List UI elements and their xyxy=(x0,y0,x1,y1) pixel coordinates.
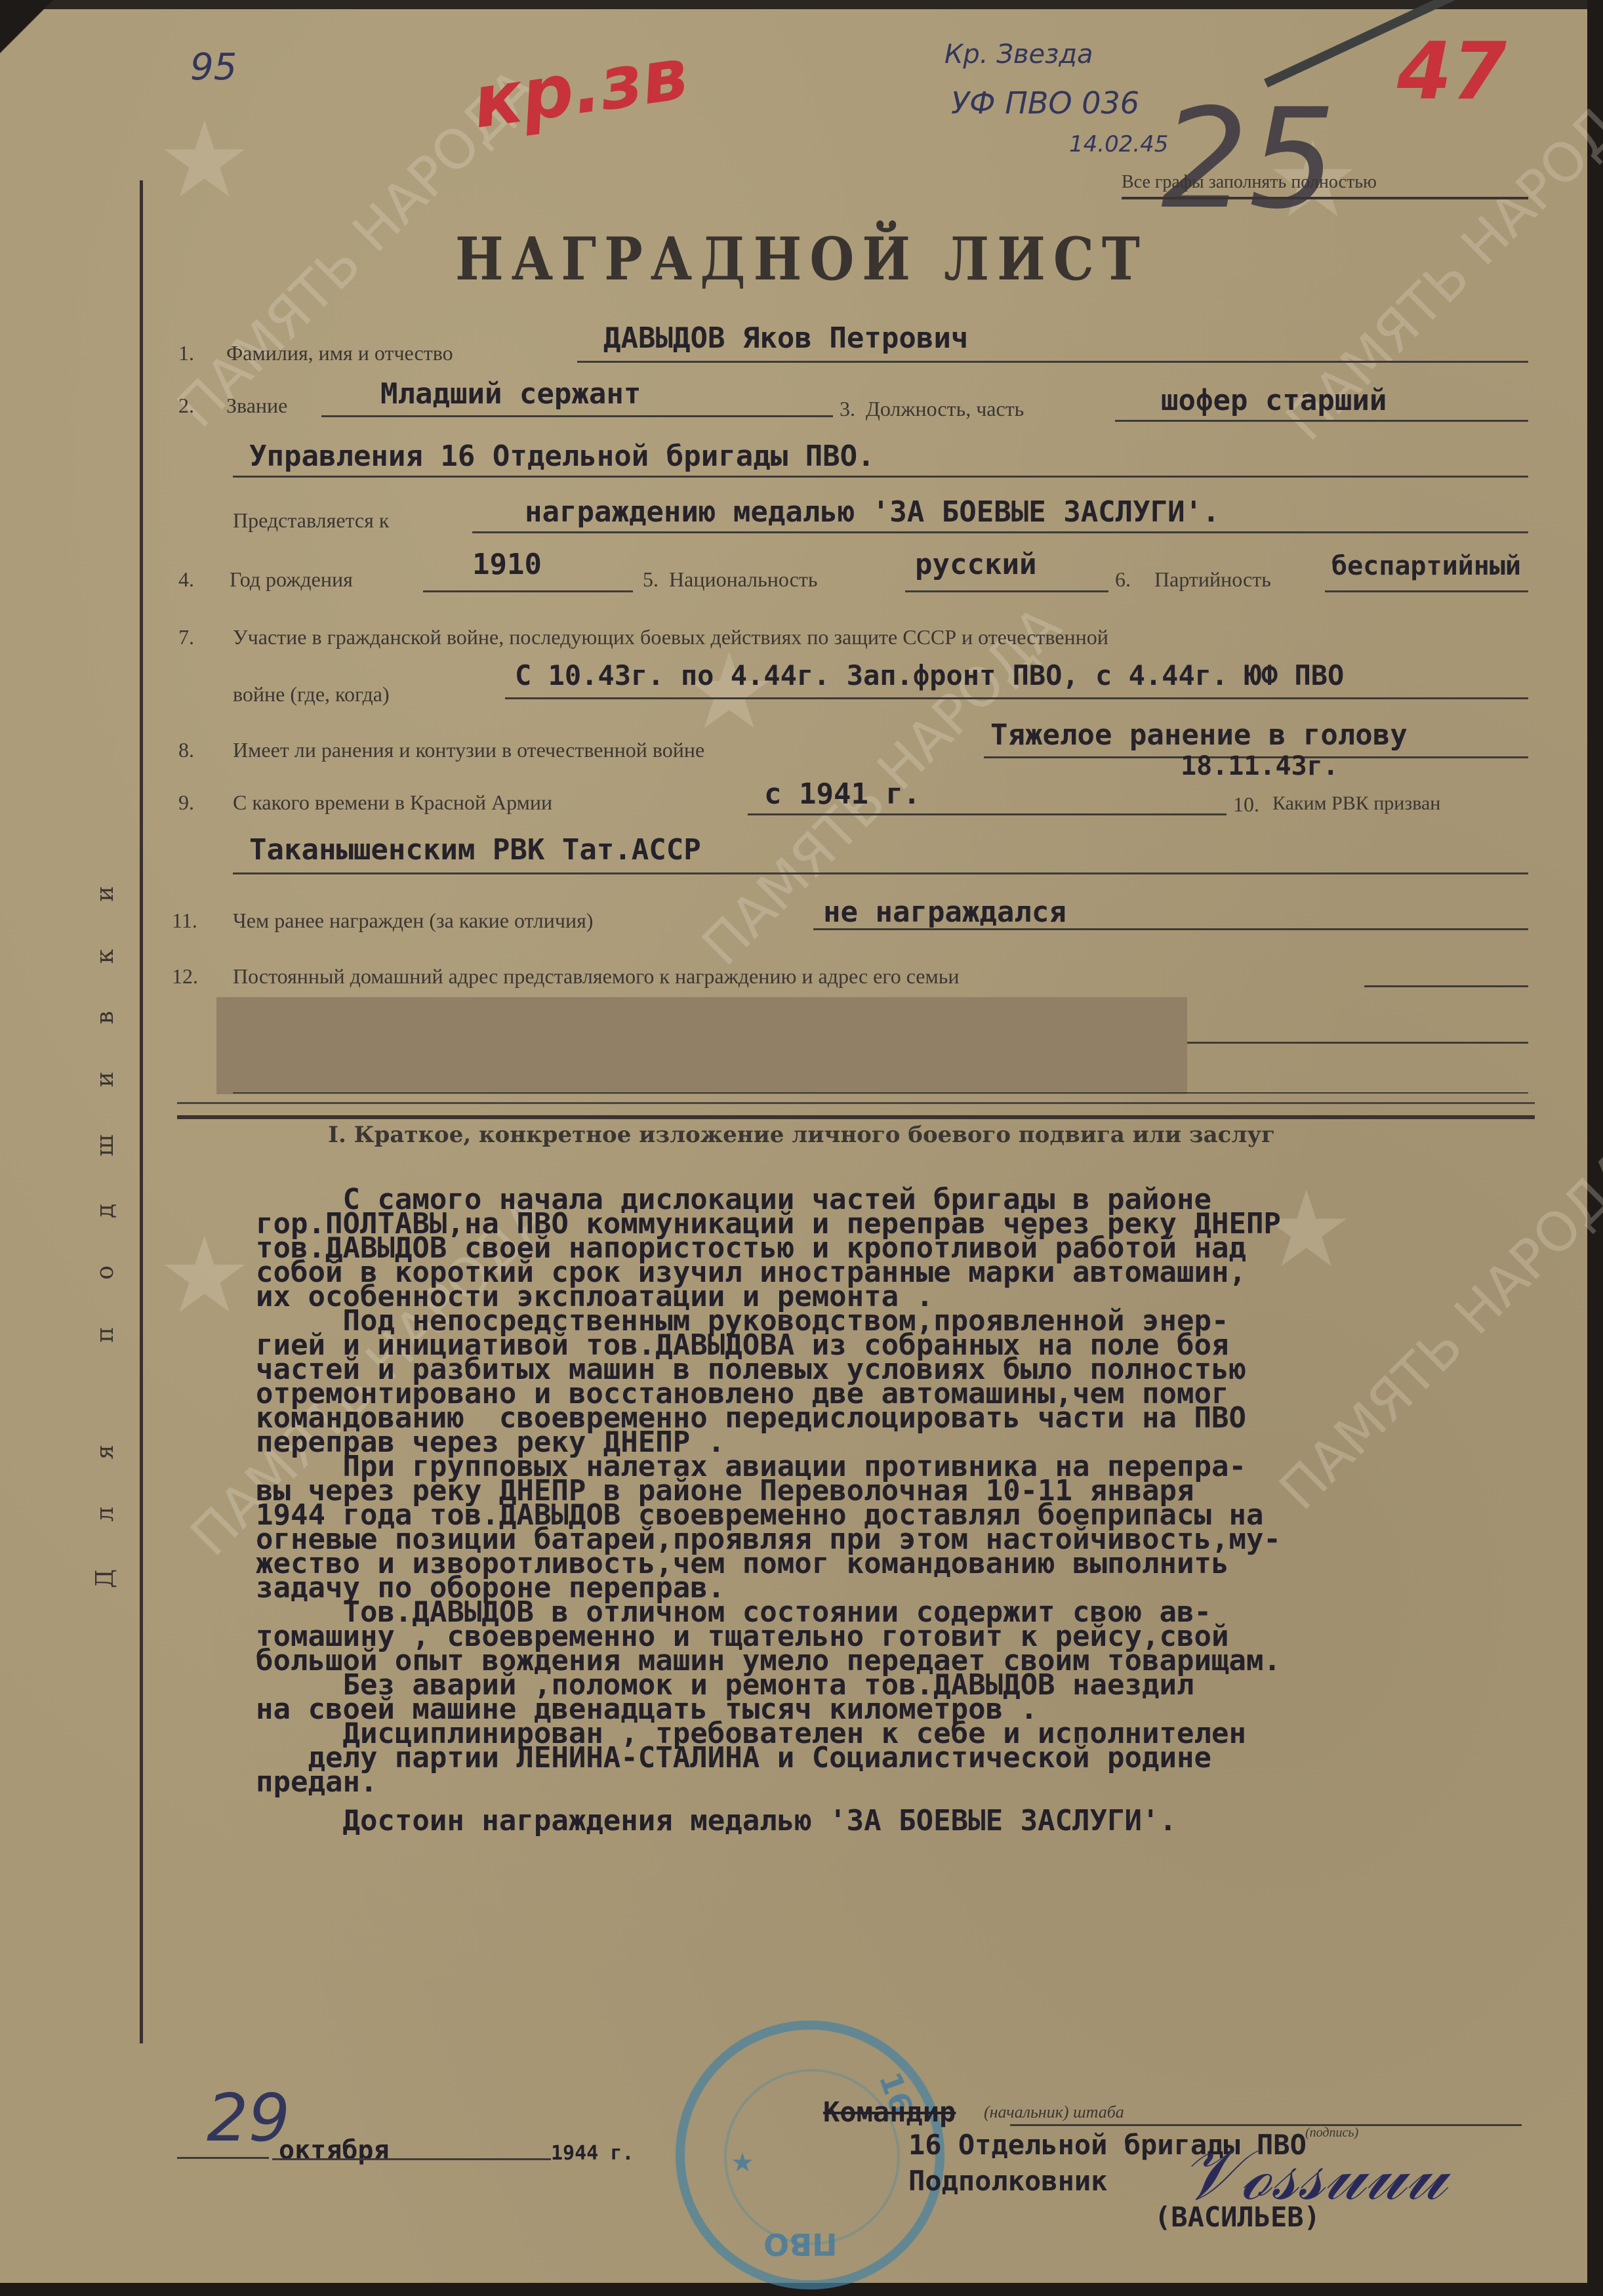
field-value: беспартийный xyxy=(1331,551,1521,581)
handwritten-signature: 𝒱ℴ𝓈𝓈𝓊𝓊𝓊 xyxy=(1181,2132,1446,2217)
redacted-address-block xyxy=(216,997,1187,1094)
underline xyxy=(272,2158,551,2160)
underline xyxy=(1010,2124,1522,2126)
field-label: войне (где, когда) xyxy=(233,682,390,707)
underline xyxy=(177,2157,269,2159)
page-number: 95 xyxy=(190,46,237,89)
document-title: НАГРАДНОЙ ЛИСТ xyxy=(0,225,1603,294)
field-number: 6. xyxy=(1115,567,1131,592)
underline xyxy=(1115,420,1528,422)
field-label: Каким РВК призван xyxy=(1272,792,1440,815)
official-stamp: 16 ПВО ★ xyxy=(676,2020,944,2289)
field-value: Младший сержант xyxy=(380,377,641,411)
underline xyxy=(577,361,1528,363)
field-label: С какого времени в Красной Армии xyxy=(233,790,552,815)
red-pencil-number: 47 xyxy=(1397,26,1507,117)
field-label: Представляется к xyxy=(233,508,389,533)
underline xyxy=(813,928,1528,930)
field-label: Чем ранее награжден (за какие отличия) xyxy=(233,909,593,933)
field-label: Постоянный домашний адрес представляемог… xyxy=(233,964,959,989)
underline xyxy=(1325,590,1528,592)
field-number: 5. xyxy=(643,567,659,592)
field-value: не награждался xyxy=(823,895,1066,929)
archive-note-date: 14.02.45 xyxy=(1069,131,1168,157)
date-year: 1944 г. xyxy=(551,2142,634,2165)
watermark-star-icon: ★ xyxy=(157,1214,251,1336)
underline xyxy=(1364,985,1528,987)
field-value: ДАВЫДОВ Яков Петрович xyxy=(603,321,968,355)
field-number: 2. xyxy=(178,394,194,418)
field-label: Национальность xyxy=(669,567,817,592)
field-number: 10. xyxy=(1233,792,1259,817)
underline xyxy=(905,590,1108,592)
field-value: 18.11.43г. xyxy=(1181,751,1339,781)
field-value: с 1941 г. xyxy=(764,777,920,811)
stamp-text: ПВО xyxy=(763,2226,838,2262)
field-value: награждению медалью 'ЗА БОЕВЫЕ ЗАСЛУГИ'. xyxy=(525,495,1220,529)
narrative-line: делу партии ЛЕНИНА-СТАЛИНА и Социалистич… xyxy=(256,1746,1554,1770)
underline xyxy=(505,697,1528,699)
field-label: Должность, часть xyxy=(866,397,1024,421)
merit-description: С самого начала дислокации частей бригад… xyxy=(256,1187,1554,1833)
divider xyxy=(1122,197,1528,199)
field-label: Год рождения xyxy=(230,567,353,592)
underline xyxy=(233,872,1528,874)
struck-title: Командир xyxy=(823,2096,956,2128)
field-number: 1. xyxy=(178,341,194,365)
binding-margin-line xyxy=(140,180,143,2043)
fill-instruction: Все графы заполнять полностью xyxy=(1122,172,1377,193)
field-value: 1910 xyxy=(472,548,542,581)
underline xyxy=(233,1092,1528,1094)
field-value: шофер старший xyxy=(1161,384,1387,417)
star-icon: ★ xyxy=(731,2148,754,2178)
underline xyxy=(233,476,1528,478)
field-label: Звание xyxy=(226,394,287,418)
date-month: октября xyxy=(279,2135,390,2165)
underline xyxy=(423,590,633,592)
watermark-star-icon: ★ xyxy=(157,98,251,221)
field-label: Партийность xyxy=(1154,567,1271,592)
large-ink-number: 25 xyxy=(1161,79,1336,239)
field-number: 9. xyxy=(178,790,194,815)
field-value-continued: Управления 16 Отдельной бригады ПВО. xyxy=(249,440,875,473)
field-number: 4. xyxy=(178,567,194,592)
field-number: 8. xyxy=(178,738,194,762)
signatory-rank: Подполковник xyxy=(908,2165,1107,2197)
torn-corner xyxy=(0,0,59,72)
date-day: 29 xyxy=(207,2080,290,2156)
field-label: Участие в гражданской войне, последующих… xyxy=(233,625,1108,649)
archive-note-line2: УФ ПВО 036 xyxy=(951,85,1139,121)
binding-margin-label: Для подшивки xyxy=(92,656,131,1771)
archive-note-line1: Кр. Звезда xyxy=(944,39,1093,70)
divider xyxy=(177,1102,1535,1104)
underline xyxy=(321,415,833,417)
field-value: Таканышенским РВК Тат.АССР xyxy=(249,833,701,867)
narrative-line: Достоин награждения медалью 'ЗА БОЕВЫЕ З… xyxy=(256,1809,1554,1833)
underline xyxy=(748,813,1227,815)
field-value: русский xyxy=(915,548,1036,581)
field-number: 11. xyxy=(172,909,197,933)
divider xyxy=(177,1115,1535,1119)
field-number: 3. xyxy=(840,397,855,421)
field-value: С 10.43г. по 4.44г. Зап.фронт ПВО, с 4.4… xyxy=(515,659,1344,691)
field-number: 7. xyxy=(178,625,194,649)
underline xyxy=(1187,1042,1528,1044)
field-number: 12. xyxy=(172,964,198,989)
underline xyxy=(472,531,1528,533)
signatory-title: (начальник) штаба xyxy=(984,2102,1124,2122)
field-label: Фамилия, имя и отчество xyxy=(226,341,453,365)
field-label: Имеет ли ранения и контузии в отечествен… xyxy=(233,738,704,762)
field-value: Тяжелое ранение в голову xyxy=(990,718,1408,752)
section-heading: I. Краткое, конкретное изложение личного… xyxy=(0,1122,1603,1148)
